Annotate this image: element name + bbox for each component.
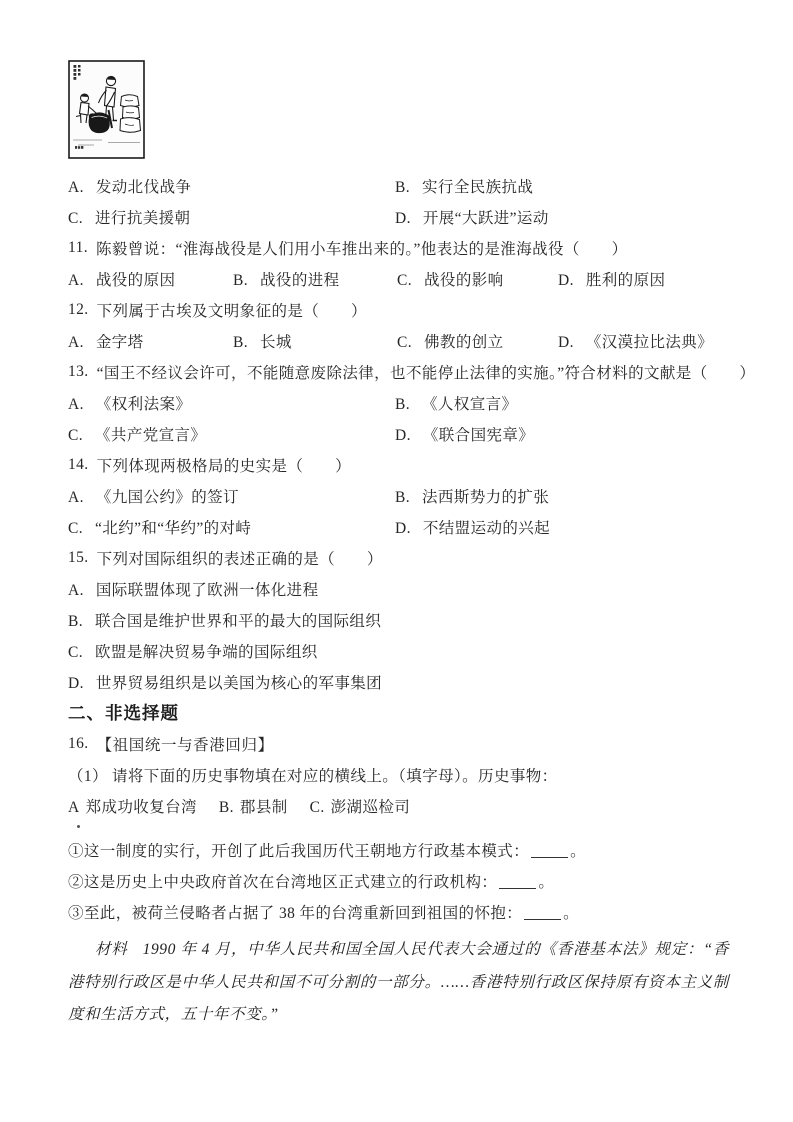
option-key: D. [68,675,84,692]
q15-option-b: B.联合国是维护世界和平的最大的国际组织 [68,604,729,635]
item-key: C. [310,799,325,816]
q10-option-d: D.开展“大跃进”运动 [395,206,549,228]
item-c: C.澎湖巡检司 [310,795,411,817]
q12-option-b: B.长城 [233,330,397,352]
fill-in-text: ③至此，被荷兰侵略者占据了 38 年的台湾重新回到祖国的怀抱： [68,901,522,923]
option-key: C. [68,644,83,661]
signature-marks [75,146,83,149]
option-text: 胜利的原因 [586,272,666,289]
option-key: B. [233,272,248,289]
q11-option-d: D.胜利的原因 [558,268,665,290]
option-text: 佛教的创立 [424,334,504,351]
option-key: B. [395,396,410,413]
option-key: D. [558,334,574,351]
q12-stem: 12.下列属于古埃及文明象征的是（ ） [68,294,729,325]
pot [89,112,110,133]
q16-items-row: A郑成功收复台湾 B.郡县制 C.澎湖巡检司 [68,790,729,821]
question-number: 11. [68,239,88,257]
q13-option-c: C.《共产党宣言》 [68,423,395,445]
option-text: 《九国公约》的签订 [96,489,239,506]
section-heading: 二、非选择题 [68,700,179,725]
fill-in-text: ②这是历史上中央政府首次在台湾地区正式建立的行政机构： [68,870,497,892]
fill-in-suffix: 。 [563,901,579,923]
option-text: 实行全民族抗战 [422,179,533,196]
q11-option-b: B.战役的进程 [233,268,397,290]
option-key: B. [233,334,248,351]
option-key: C. [397,272,412,289]
q12-options-row: A.金字塔 B.长城 C.佛教的创立 D.《汉漠拉比法典》 [68,325,729,356]
q10-option-b: B.实行全民族抗战 [395,175,533,197]
q13-option-b: B.《人权宣言》 [395,392,517,414]
option-text: 金字塔 [96,334,144,351]
q16-part1-row: （1）请将下面的历史事物填在对应的横线上。（填字母）。历史事物： [68,759,729,790]
option-text: 开展“大跃进”运动 [423,210,549,227]
option-key: C. [68,520,83,537]
q16-title-row: 16.【祖国统一与香港回归】 [68,728,729,759]
q13-option-d: D.《联合国宪章》 [395,423,534,445]
q12-option-d: D.《汉漠拉比法典》 [558,330,713,352]
part-text: 请将下面的历史事物填在对应的横线上。（填字母）。历史事物： [112,764,558,786]
item-key: A [68,799,80,816]
q15-option-a: A.国际联盟体现了欧洲一体化进程 [68,573,729,604]
q11-options-row: A.战役的原因 B.战役的进程 C.战役的影响 D.胜利的原因 [68,263,729,294]
section2-heading-row: 二、非选择题 [68,697,729,728]
option-text: 世界贸易组织是以美国为核心的军事集团 [96,675,382,692]
item-a: A郑成功收复台湾 [68,795,197,817]
option-key: D. [395,520,411,537]
q11-option-c: C.战役的影响 [397,268,558,290]
option-key: B. [68,613,83,630]
option-key: C. [397,334,412,351]
option-key: A. [68,179,84,196]
question-text: 下列对国际组织的表述正确的是（ ） [97,547,383,569]
q13-options-row-2: C.《共产党宣言》 D.《联合国宪章》 [68,418,729,449]
q10-option-a: A.发动北伐战争 [68,175,395,197]
option-key: A. [68,334,84,351]
option-text: 《人权宣言》 [422,396,517,413]
q14-option-c: C.“北约”和“华约”的对峙 [68,516,395,538]
question-text: 陈毅曾说：“淮海战役是人们用小车推出来的。”他表达的是淮海战役（ ） [96,237,628,259]
material-text: 1990 年 4 月，中华人民共和国全国人民代表大会通过的《香港基本法》规定：“… [68,941,729,1023]
q14-option-d: D.不结盟运动的兴起 [395,516,550,538]
item-text: 郡县制 [240,799,288,816]
option-text: 进行抗美援朝 [95,210,190,227]
option-text: 战役的影响 [424,272,504,289]
option-text: 不结盟运动的兴起 [423,520,550,537]
q10-options-row-1: A.发动北伐战争 B.实行全民族抗战 [68,170,729,201]
option-text: 《权利法案》 [96,396,191,413]
q15-option-c: C.欧盟是解决贸易争端的国际组织 [68,635,729,666]
q16-fill-in-1: ①这一制度的实行，开创了此后我国历代王朝地方行政基本模式：。 [68,834,729,865]
question-number: 13. [68,363,89,381]
question-number: 14. [68,456,89,474]
question10-illustration [68,60,145,164]
question-text: 下列属于古埃及文明象征的是（ ） [97,299,367,321]
exam-page: A.发动北伐战争 B.实行全民族抗战 C.进行抗美援朝 D.开展“大跃进”运动 … [0,0,793,1032]
q14-option-b: B.法西斯势力的扩张 [395,485,549,507]
option-key: A. [68,582,84,599]
option-key: C. [68,427,83,444]
option-text: 联合国是维护世界和平的最大的国际组织 [95,613,381,630]
fill-in-text: ①这一制度的实行，开创了此后我国历代王朝地方行政基本模式： [68,839,529,861]
option-key: A. [68,396,84,413]
q15-option-d: D.世界贸易组织是以美国为核心的军事集团 [68,666,729,697]
answer-blank [499,874,536,889]
q16-fill-in-3: ③至此，被荷兰侵略者占据了 38 年的台湾重新回到祖国的怀抱：。 [68,896,729,927]
item-text: 澎湖巡检司 [331,799,411,816]
option-text: “北约”和“华约”的对峙 [95,520,251,537]
option-text: 战役的进程 [260,272,340,289]
question-number: 15. [68,549,89,567]
option-key: D. [395,210,411,227]
q14-options-row-1: A.《九国公约》的签订 B.法西斯势力的扩张 [68,480,729,511]
option-text: 法西斯势力的扩张 [422,489,549,506]
part-label: （1） [68,764,108,786]
option-text: 长城 [260,334,292,351]
answer-blank [524,905,561,920]
q11-stem: 11.陈毅曾说：“淮海战役是人们用小车推出来的。”他表达的是淮海战役（ ） [68,232,729,263]
option-text: 《汉漠拉比法典》 [586,334,713,351]
q14-option-a: A.《九国公约》的签订 [68,485,395,507]
q16-fill-in-2: ②这是历史上中央政府首次在台湾地区正式建立的行政机构：。 [68,865,729,896]
q12-option-c: C.佛教的创立 [397,330,558,352]
material-paragraph: 材料1990 年 4 月，中华人民共和国全国人民代表大会通过的《香港基本法》规定… [68,934,729,1032]
option-text: 《共产党宣言》 [95,427,206,444]
stray-scan-mark [68,821,729,834]
q10-options-row-2: C.进行抗美援朝 D.开展“大跃进”运动 [68,201,729,232]
item-key: B. [219,799,234,816]
answer-blank [531,843,568,858]
grain-sacks [120,95,141,133]
q14-options-row-2: C.“北约”和“华约”的对峙 D.不结盟运动的兴起 [68,511,729,542]
option-key: C. [68,210,83,227]
option-key: A. [68,272,84,289]
q15-stem: 15.下列对国际组织的表述正确的是（ ） [68,542,729,573]
q16-title: 【祖国统一与香港回归】 [97,733,274,755]
option-text: 《联合国宪章》 [423,427,534,444]
q13-option-a: A.《权利法案》 [68,392,395,414]
option-text: 国际联盟体现了欧洲一体化进程 [96,582,319,599]
question-number: 12. [68,301,89,319]
item-text: 郑成功收复台湾 [86,799,197,816]
q14-stem: 14.下列体现两极格局的史实是（ ） [68,449,729,480]
fill-in-suffix: 。 [538,870,554,892]
option-key: D. [395,427,411,444]
q13-stem: 13.“国王不经议会许可，不能随意废除法律，也不能停止法律的实施。”符合材料的文… [68,356,729,387]
woodcut-image [68,60,145,159]
q12-option-a: A.金字塔 [68,330,233,352]
q10-option-c: C.进行抗美援朝 [68,206,395,228]
option-text: 战役的原因 [96,272,176,289]
q11-option-a: A.战役的原因 [68,268,233,290]
option-text: 发动北伐战争 [96,179,191,196]
option-key: D. [558,272,574,289]
question-text: 下列体现两极格局的史实是（ ） [97,454,351,476]
material-label: 材料 [95,941,128,958]
option-key: B. [395,489,410,506]
question-number: 16. [68,735,89,753]
q13-options-row-1: A.《权利法案》 B.《人权宣言》 [68,387,729,418]
option-text: 欧盟是解决贸易争端的国际组织 [95,644,318,661]
item-b: B.郡县制 [219,795,288,817]
option-key: B. [395,179,410,196]
fill-in-suffix: 。 [570,839,586,861]
question-text: “国王不经议会许可，不能随意废除法律，也不能停止法律的实施。”符合材料的文献是（… [97,361,756,383]
option-key: A. [68,489,84,506]
